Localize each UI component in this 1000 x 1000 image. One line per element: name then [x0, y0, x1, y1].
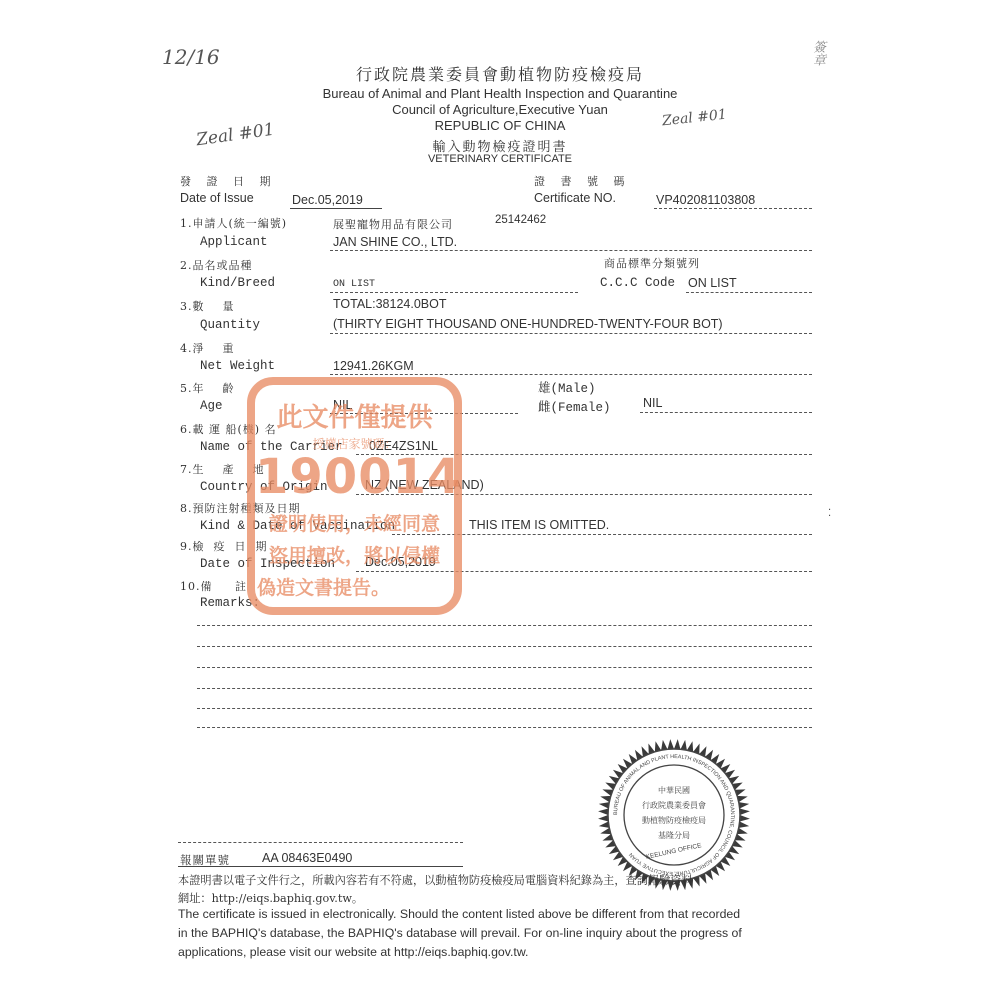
- female-label: 雌(Female): [538, 397, 611, 415]
- watermark-line-4: 證明使用，未經同意: [255, 509, 454, 536]
- net-weight-label-zh: 4.淨 重: [180, 340, 234, 356]
- watermark-line-5: 盜用擅改，將以侵權: [255, 541, 454, 568]
- notice-zh-line-1: 本證明書以電子文件行之，所載內容若有不符處，以動植物防疫檢疫局電腦資料紀錄為主，…: [178, 872, 693, 888]
- cert-no-label-zh: 證 書 號 碼: [534, 173, 631, 189]
- applicant-label-zh: 1.申請人(統一編號): [180, 215, 287, 231]
- issue-date-label-zh: 發 證 日 期: [180, 173, 277, 189]
- notice-en-line-3: applications, please visit our website a…: [178, 945, 528, 959]
- cert-no-value: VP402081103808: [656, 193, 755, 207]
- watermark-line-6: 偽造文書提告。: [255, 573, 454, 600]
- certificate-title-en: VETERINARY CERTIFICATE: [0, 153, 1000, 165]
- male-label: 雄(Male): [538, 378, 596, 396]
- age-label-zh: 5.年 齡: [180, 380, 234, 396]
- applicant-name-zh: 展聖寵物用品有限公司: [333, 216, 453, 232]
- svg-text:基隆分局: 基隆分局: [658, 830, 690, 840]
- ccc-value: ON LIST: [688, 276, 737, 290]
- notice-zh-line-2: 網址：http://eiqs.baphiq.gov.tw。: [178, 890, 363, 906]
- svg-text:動植物防疫檢疫局: 動植物防疫檢疫局: [642, 815, 706, 825]
- net-weight-label-en: Net Weight: [200, 359, 275, 373]
- svg-text:行政院農業委員會: 行政院農業委員會: [642, 800, 706, 810]
- age-label-en: Age: [200, 399, 223, 413]
- kind-value: ON LIST: [333, 279, 375, 290]
- council-name: Council of Agriculture,Executive Yuan: [0, 102, 1000, 117]
- watermark-line-1: 此文件僅提供: [255, 397, 454, 434]
- applicant-tax-id: 25142462: [495, 214, 546, 226]
- customs-declaration-number: AA 08463E0490: [262, 851, 352, 865]
- applicant-name-en: JAN SHINE CO., LTD.: [333, 235, 457, 249]
- svg-text:中華民國: 中華民國: [658, 785, 690, 795]
- country-name: REPUBLIC OF CHINA: [0, 118, 1000, 133]
- ccc-label-en: C.C.C Code: [600, 276, 675, 290]
- remarks-label-zh: 10.備 註: [180, 578, 247, 594]
- kind-label-en: Kind/Breed: [200, 276, 275, 290]
- issue-date-value: Dec.05,2019: [292, 193, 363, 207]
- notice-en-line-2: in the BAPHIQ's database, the BAPHIQ's d…: [178, 926, 742, 940]
- kind-label-zh: 2.品名或品種: [180, 257, 253, 273]
- quantity-total: TOTAL:38124.0BOT: [333, 297, 446, 311]
- quantity-label-zh: 3.數 量: [180, 298, 234, 314]
- quantity-words: (THIRTY EIGHT THOUSAND ONE-HUNDRED-TWENT…: [333, 317, 723, 331]
- seal-emblem-icon: BUREAU OF ANIMAL AND PLANT HEALTH INSPEC…: [594, 735, 754, 895]
- net-weight-value: 12941.26KGM: [333, 359, 414, 373]
- issue-date-label-en: Date of Issue: [180, 191, 254, 205]
- quantity-label-en: Quantity: [200, 318, 260, 332]
- watermark-stamp: 此文件僅提供 授權店家號碼： 190014 證明使用，未經同意 盜用擅改，將以侵…: [247, 377, 462, 615]
- watermark-store-number: 190014: [255, 449, 454, 505]
- cert-no-label-en: Certificate NO.: [534, 191, 616, 205]
- notice-en-line-1: The certificate is issued in electronica…: [178, 907, 740, 921]
- agency-name-zh: 行政院農業委員會動植物防疫檢疫局: [0, 62, 1000, 85]
- vaccination-value: THIS ITEM IS OMITTED.: [469, 518, 609, 532]
- applicant-label-en: Applicant: [200, 235, 268, 249]
- official-seal: BUREAU OF ANIMAL AND PLANT HEALTH INSPEC…: [594, 735, 754, 895]
- margin-mark: ⁚: [828, 508, 831, 519]
- ccc-label-zh: 商品標準分類號列: [604, 255, 700, 271]
- sex-value: NIL: [643, 396, 662, 410]
- agency-name-en: Bureau of Animal and Plant Health Inspec…: [0, 86, 1000, 101]
